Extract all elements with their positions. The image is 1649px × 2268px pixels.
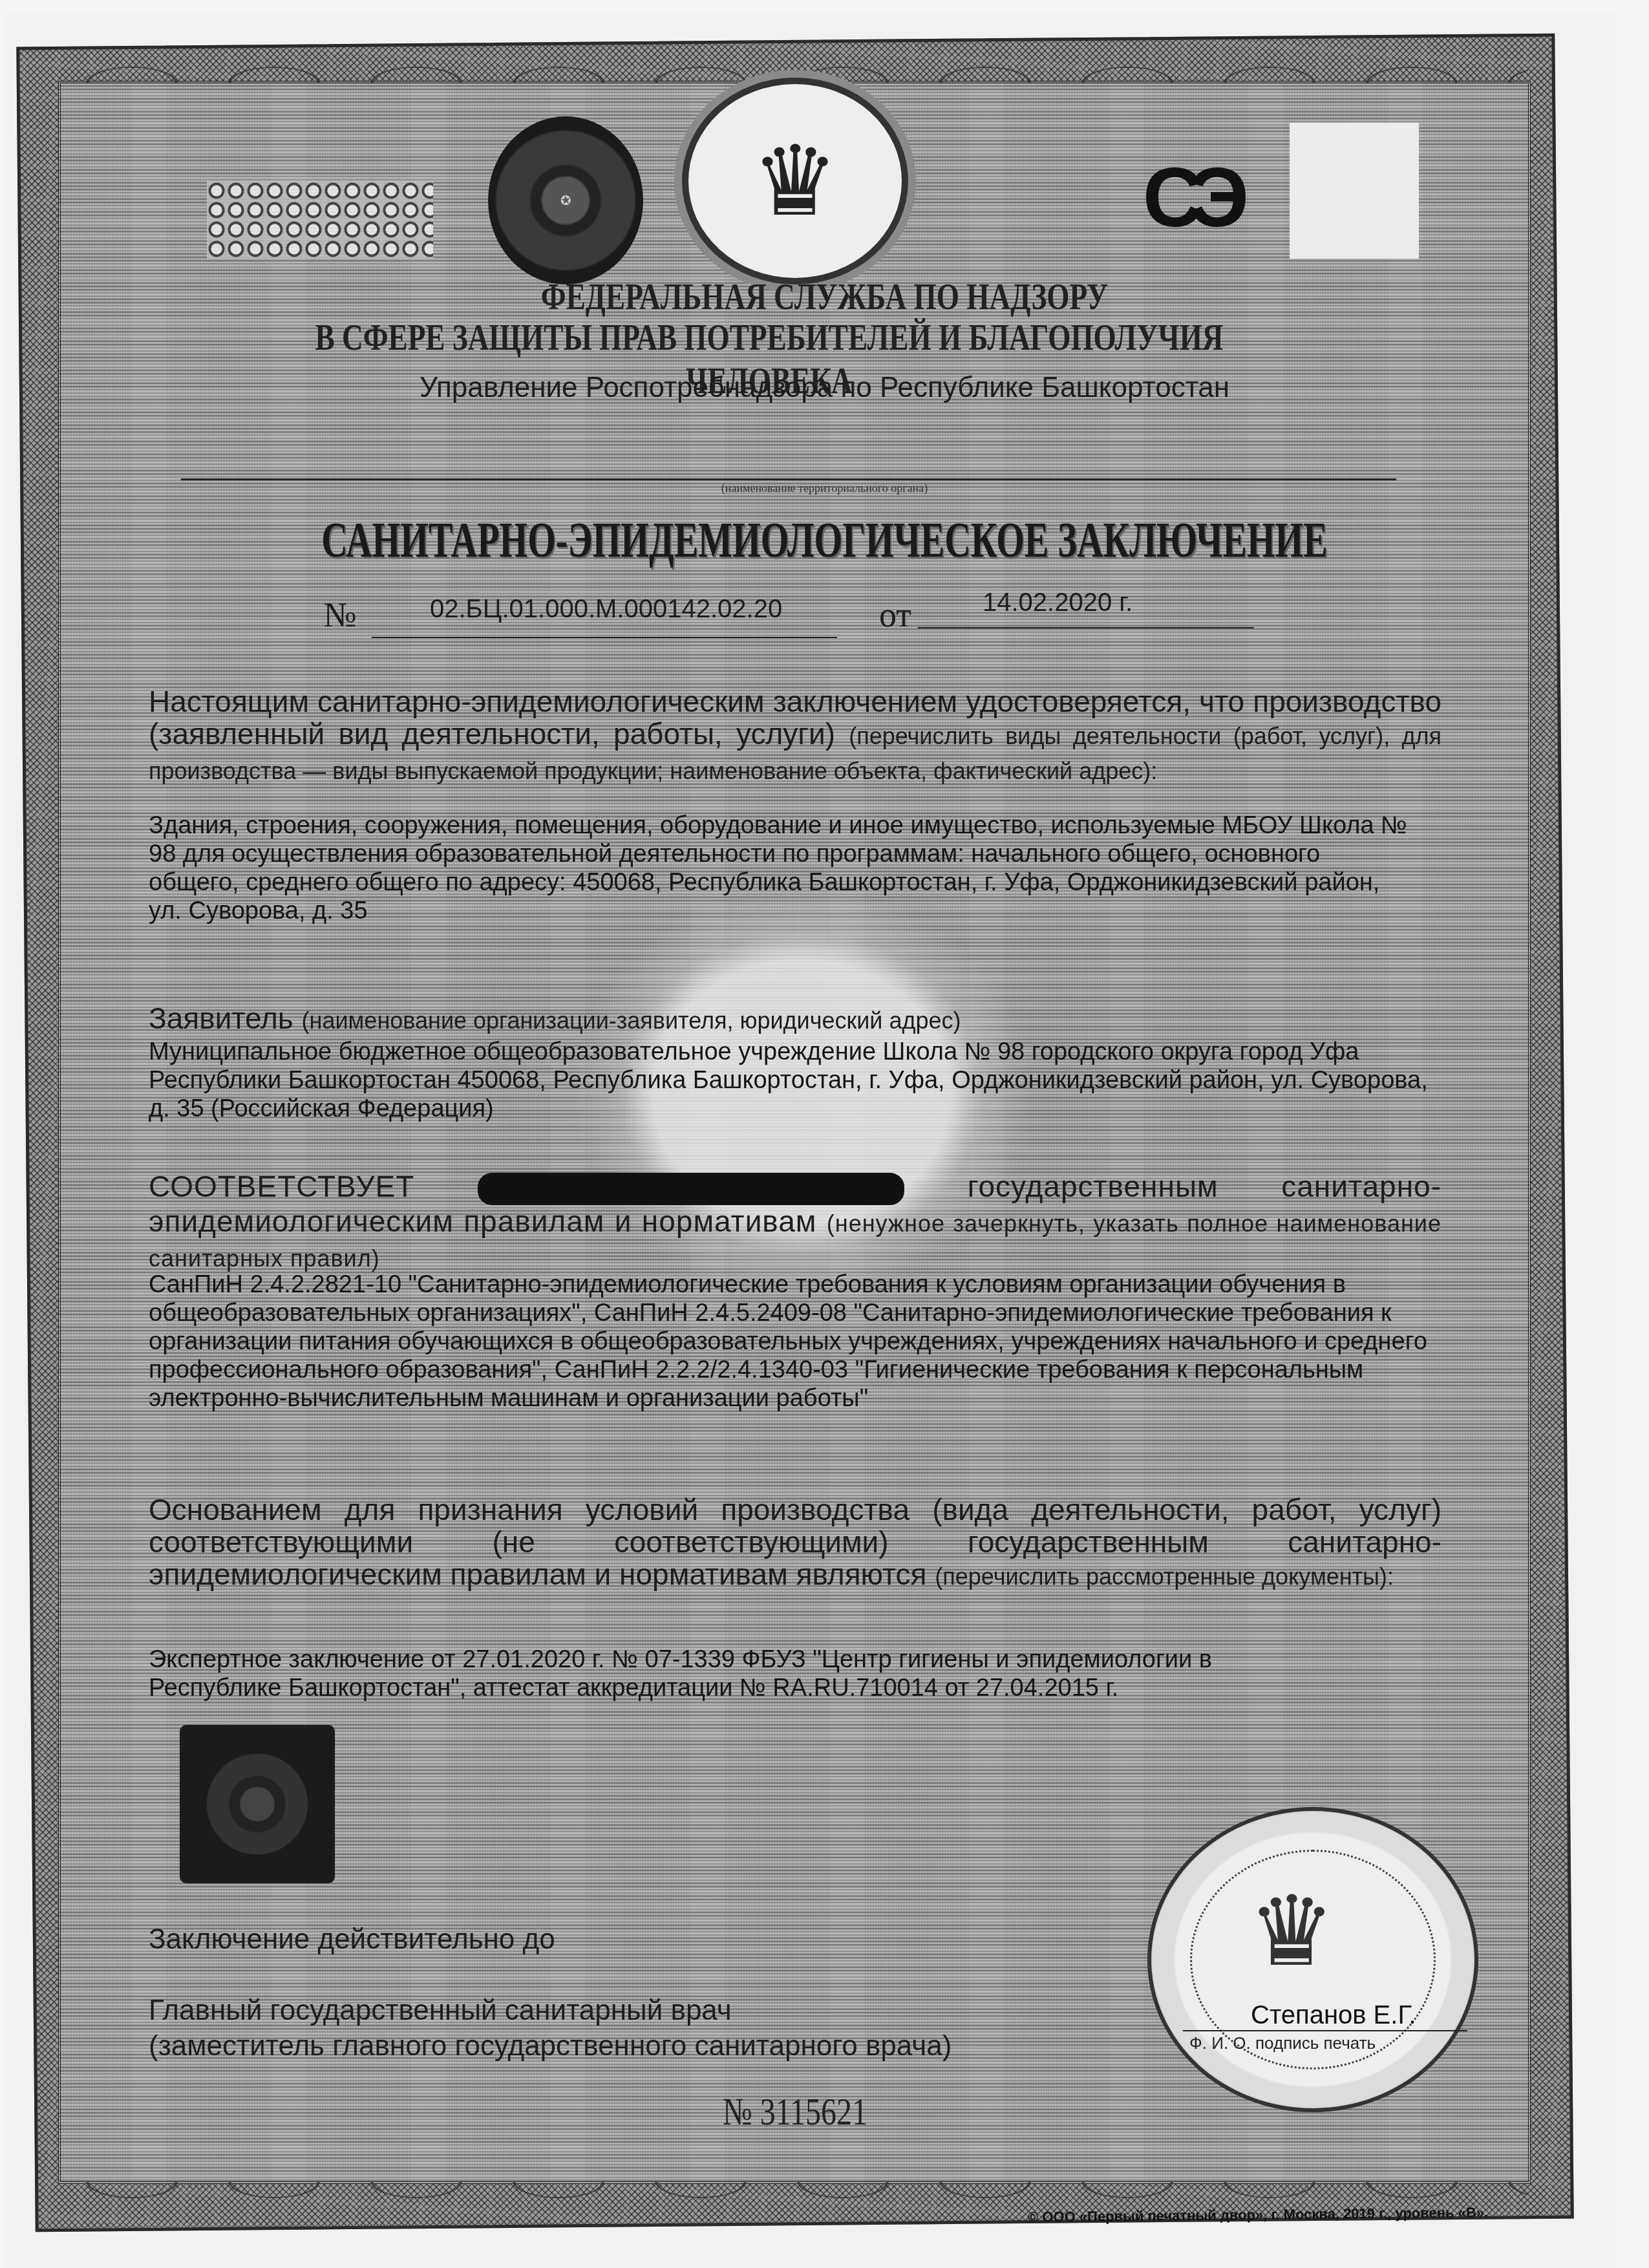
region-office: Управление Роспотребнадзора по Республик… bbox=[0, 372, 1649, 404]
basis-lead: Основанием для признания условий произво… bbox=[149, 1493, 1442, 1593]
signer-name: Степанов Е.Г. bbox=[1251, 2001, 1416, 2030]
certifies-lead: Настоящим санитарно-эпидемиологическим з… bbox=[149, 685, 1442, 787]
certified-object: Здания, строения, сооружения, помещения,… bbox=[149, 811, 1416, 925]
document-number: 02.БЦ.01.000.М.000142.02.20 bbox=[430, 595, 782, 624]
applicant-label-row: Заявитель (наименование организации-заяв… bbox=[149, 1002, 1442, 1037]
basis-documents: Экспертное заключение от 27.01.2020 г. №… bbox=[149, 1645, 1325, 1702]
number-label: № bbox=[323, 595, 357, 635]
hologram-stamp-icon bbox=[180, 1725, 335, 1883]
official-title: Главный государственный санитарный врач bbox=[149, 1995, 1442, 2027]
number-underline bbox=[372, 637, 837, 638]
hologram-icon: ✪ bbox=[488, 116, 643, 284]
signer-caption: Ф. И. О. подпись печать bbox=[1189, 2033, 1376, 2053]
conformity-verdict: СООТВЕТСТВУЕТ bbox=[149, 1170, 414, 1203]
applicant-hint: (наименование организации-заявителя, юри… bbox=[302, 1007, 961, 1034]
region-caption: (наименование территориального органа) bbox=[0, 482, 1649, 495]
conformity-row: СООТВЕТСТВУЕТ государственным санитарно-… bbox=[149, 1170, 1442, 1275]
signer-underline bbox=[1183, 2030, 1467, 2031]
wave-ornament-top bbox=[61, 38, 1528, 83]
agency-name-line1: ФЕДЕРАЛЬНАЯ СЛУЖБА ПО НАДЗОРУ bbox=[182, 275, 1468, 318]
sanitary-rules: СанПиН 2.4.2.2821-10 "Санитарно-эпидемио… bbox=[149, 1270, 1435, 1413]
se-conformity-mark-icon: СЭ bbox=[1122, 155, 1257, 239]
document-title: САНИТАРНО-ЭПИДЕМИОЛОГИЧЕСКОЕ ЗАКЛЮЧЕНИЕ bbox=[231, 511, 1418, 569]
double-headed-eagle-icon: ♛ bbox=[682, 78, 908, 284]
redaction-bar bbox=[478, 1173, 904, 1205]
date-label: от bbox=[879, 595, 911, 635]
official-seal-icon: ♛ bbox=[1147, 1807, 1478, 2112]
document-date: 14.02.2020 г. bbox=[983, 588, 1133, 617]
region-underline bbox=[181, 478, 1396, 480]
applicant-label: Заявитель bbox=[149, 1001, 293, 1035]
blank-patch bbox=[1290, 123, 1419, 259]
valid-until-label: Заключение действительно до bbox=[149, 1923, 555, 1955]
form-serial-number: № 3115621 bbox=[723, 2090, 867, 2134]
basis-hint: (перечислить рассмотренные документы): bbox=[935, 1563, 1394, 1590]
applicant-value: Муниципальное бюджетное общеобразователь… bbox=[149, 1038, 1429, 1123]
valid-until-row: Заключение действительно до bbox=[149, 1923, 1442, 1956]
guilloche-pattern-icon bbox=[207, 181, 433, 259]
date-underline bbox=[918, 627, 1254, 628]
